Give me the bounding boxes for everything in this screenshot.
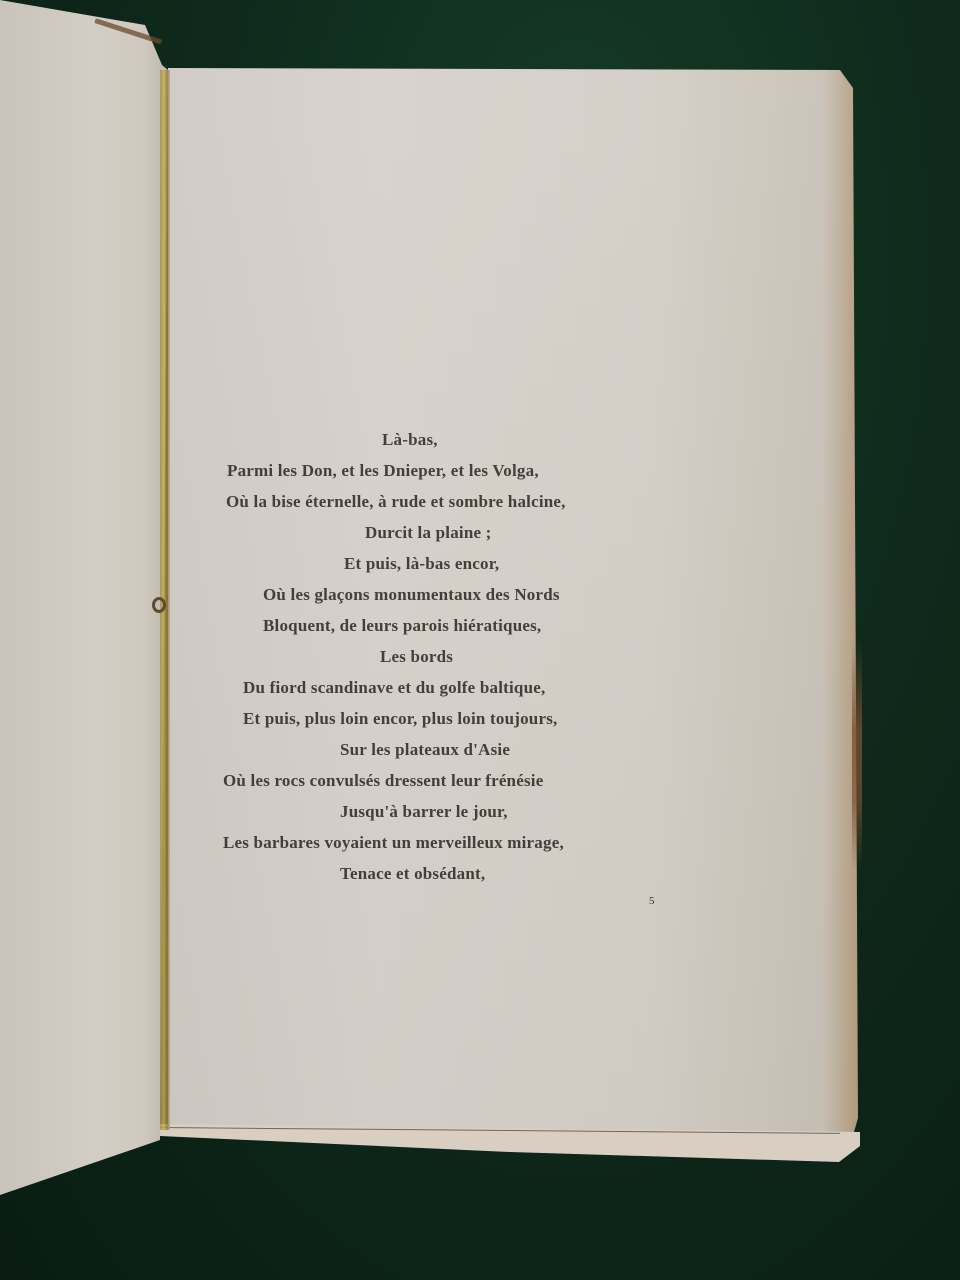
verse-line: Parmi les Don, et les Dnieper, et les Vo… [227, 455, 539, 486]
verse-line: Les bords [380, 641, 453, 672]
verse-line: Et puis, plus loin encor, plus loin touj… [243, 703, 557, 734]
verse-line: Durcit la plaine ; [365, 517, 492, 548]
verse-line: Tenace et obsédant, [340, 858, 485, 889]
book-photo: Là-bas,Parmi les Don, et les Dnieper, et… [0, 0, 960, 1280]
verse-line: Et puis, là-bas encor, [344, 548, 499, 579]
verse-line: Sur les plateaux d'Asie [340, 734, 510, 765]
verse-line: Bloquent, de leurs parois hiératiques, [263, 610, 541, 641]
verse-line: Du fiord scandinave et du golfe baltique… [243, 672, 545, 703]
verse-line: Où la bise éternelle, à rude et sombre h… [226, 486, 566, 517]
right-page-stained-edge [852, 640, 862, 870]
left-page [0, 0, 168, 1200]
verse-line: Où les glaçons monumentaux des Nords [263, 579, 560, 610]
verse-line: Là-bas, [382, 424, 438, 455]
verse-line: Où les rocs convulsés dressent leur frén… [223, 765, 543, 796]
verse-line: Les barbares voyaient un merveilleux mir… [223, 827, 564, 858]
verse-line: Jusqu'à barrer le jour, [340, 796, 508, 827]
page-number: 5 [649, 895, 655, 907]
binding-thread-knot [152, 597, 166, 613]
